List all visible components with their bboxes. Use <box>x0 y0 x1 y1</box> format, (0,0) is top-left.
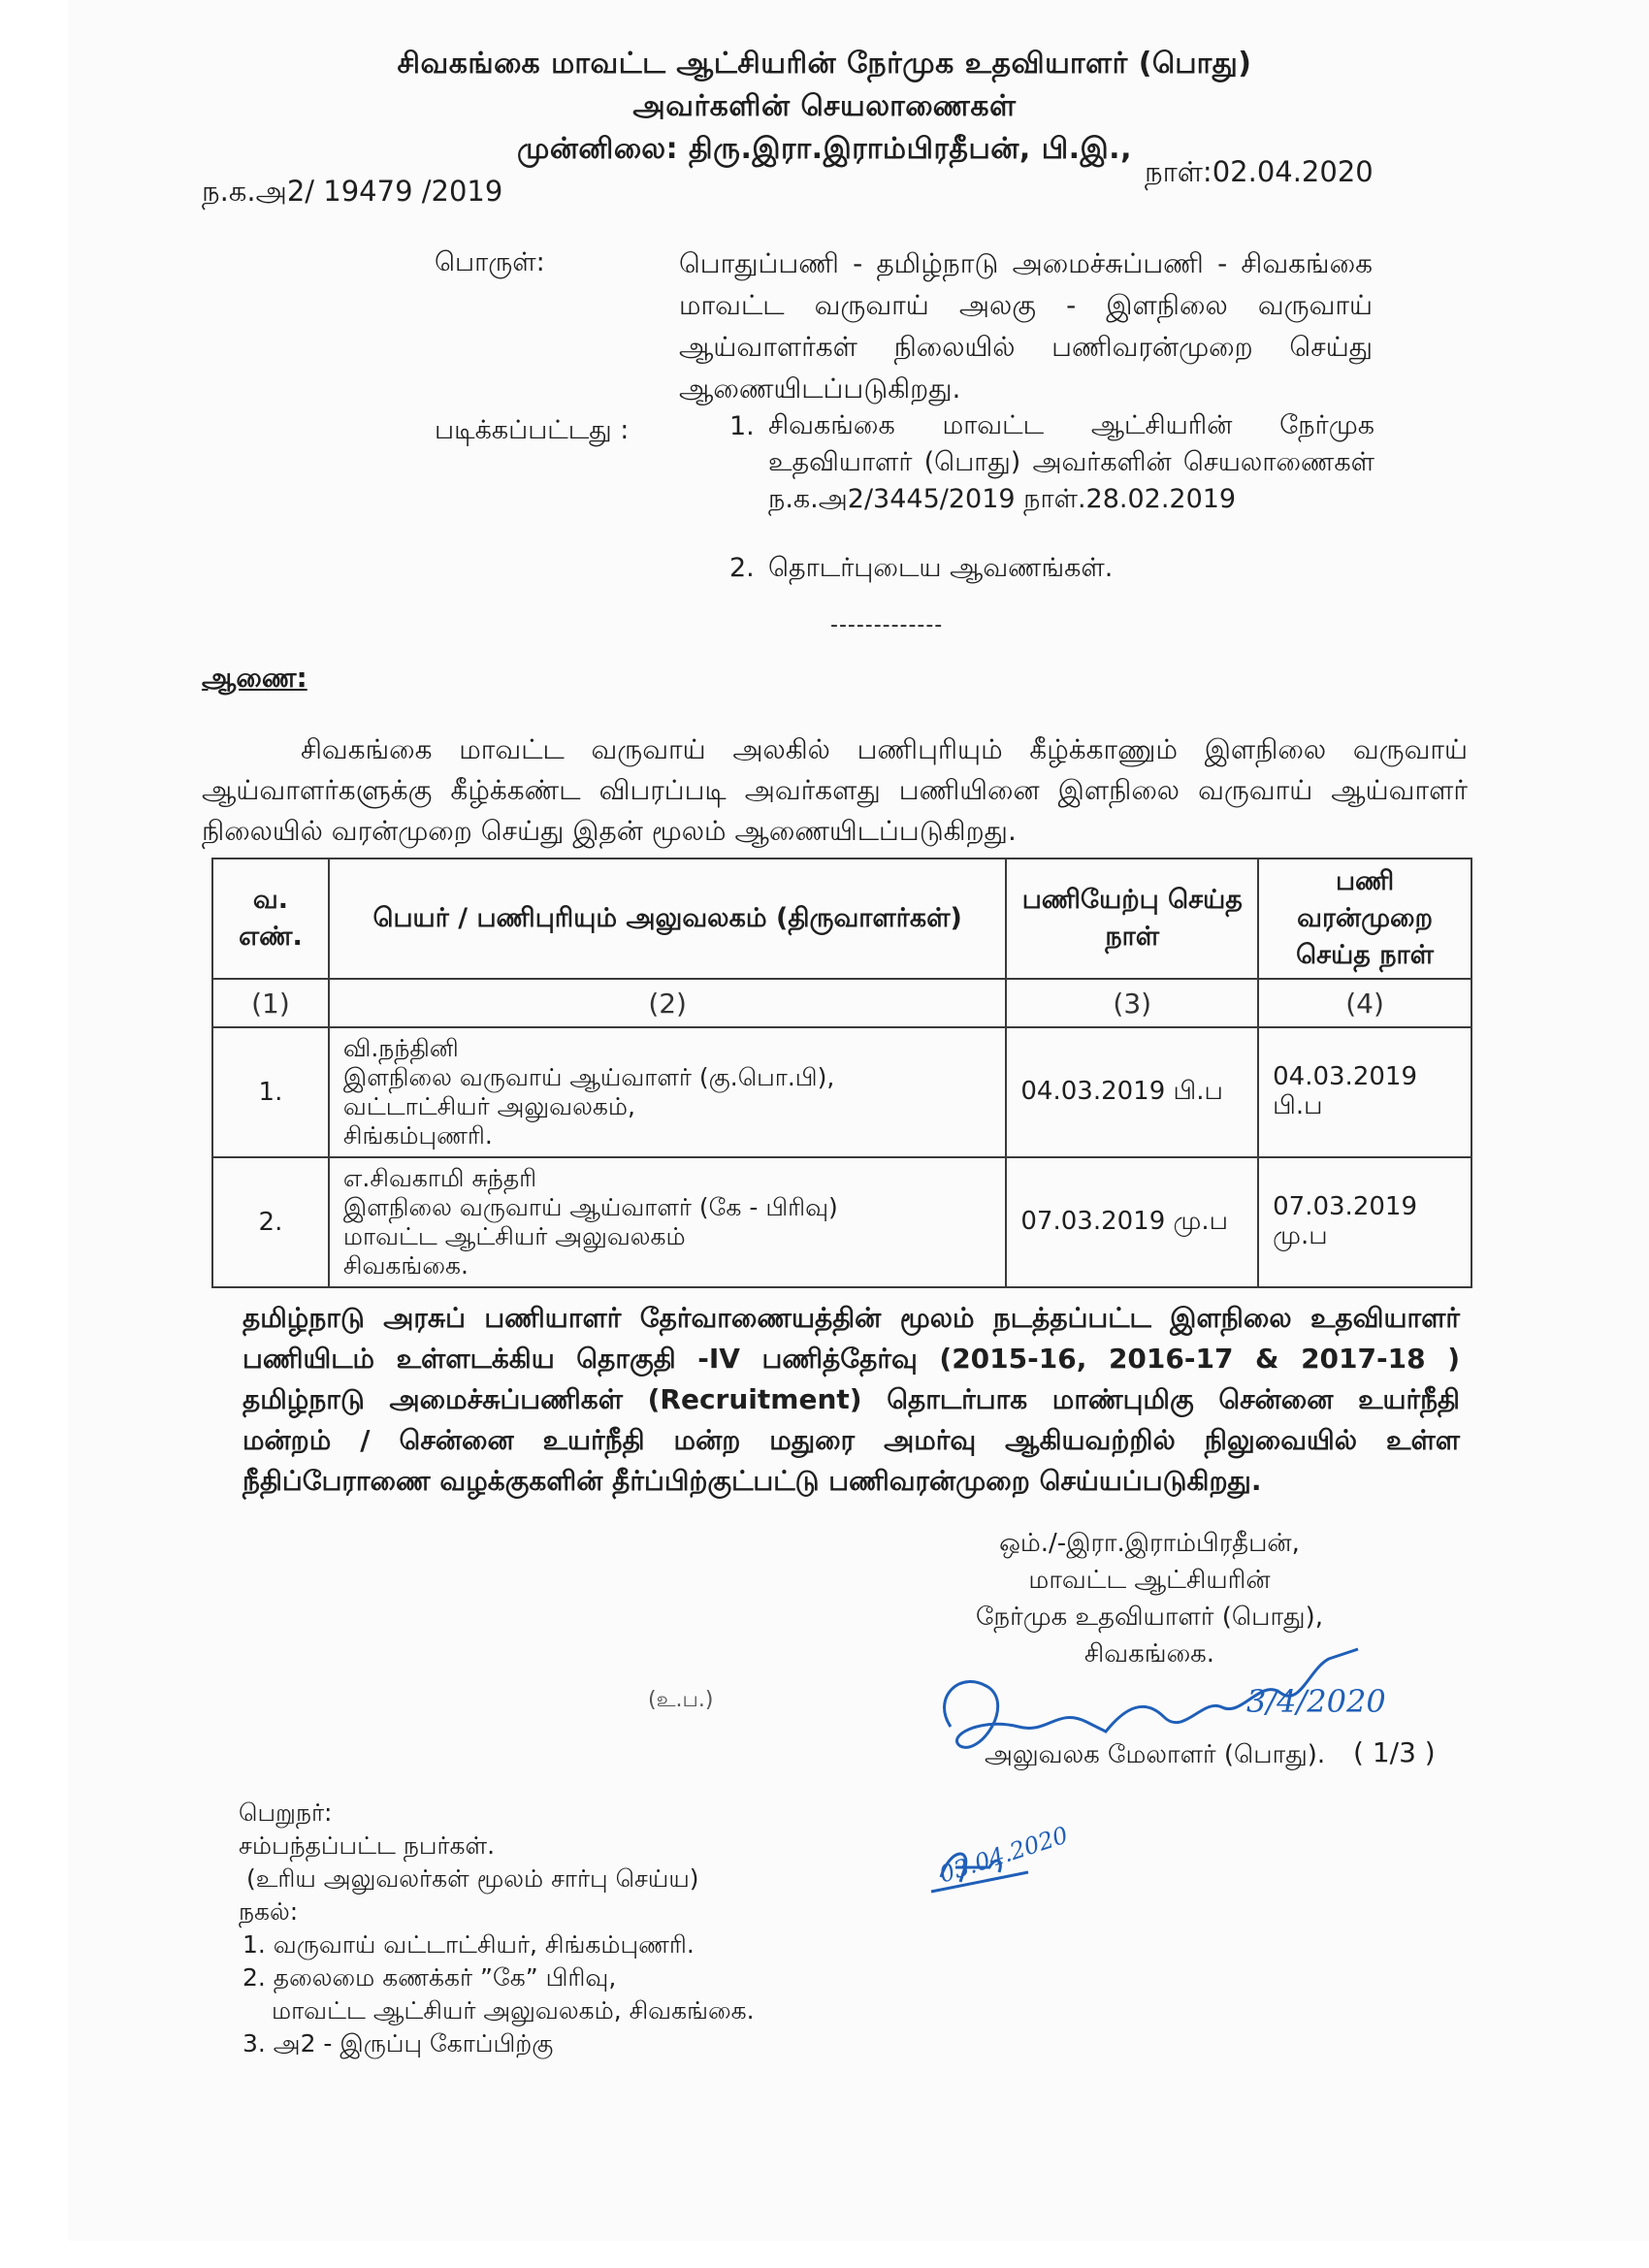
joining-date: 04.03.2019 பி.ப <box>1006 1027 1258 1157</box>
row-name-office: எ.சிவகாமி சுந்தரி இளநிலை வருவாய் ஆய்வாளர… <box>329 1157 1006 1287</box>
table-row: 2. எ.சிவகாமி சுந்தரி இளநிலை வருவாய் ஆய்வ… <box>212 1157 1471 1287</box>
column-index-4: (4) <box>1258 979 1471 1027</box>
regularisation-table: வ. எண். பெயர் / பணிபுரியும் அலுவலகம் (தி… <box>211 858 1472 1288</box>
manager-line: அலுவலக மேலாளர் (பொது). <box>985 1740 1325 1772</box>
row-serial: 1. <box>212 1027 329 1157</box>
regularisation-date: 04.03.2019 பி.ப <box>1258 1027 1471 1157</box>
closing-paragraph: தமிழ்நாடு அரசுப் பணியாளர் தேர்வாணையத்தின… <box>242 1298 1460 1502</box>
signatory-name: ஒம்./-இரா.இராம்பிரதீபன், <box>931 1525 1368 1562</box>
employee-name: வி.நந்தினி <box>343 1034 991 1063</box>
employee-place: சிங்கம்புணரி. <box>343 1121 991 1150</box>
header-line-1: சிவகங்கை மாவட்ட ஆட்சியரின் நேர்முக உதவிய… <box>0 47 1649 84</box>
joining-date: 07.03.2019 மு.ப <box>1006 1157 1258 1287</box>
reference-item-1-text: சிவகங்கை மாவட்ட ஆட்சியரின் நேர்முக உதவிய… <box>768 407 1374 518</box>
employee-designation: இளநிலை வருவாய் ஆய்வாளர் (கு.பொ.பி), <box>343 1063 991 1092</box>
copy-item-1: 1. வருவாய் வட்டாட்சியர், சிங்கம்புணரி. <box>242 1928 695 1961</box>
references-label: படிக்கப்பட்டது : <box>435 415 629 449</box>
employee-designation: இளநிலை வருவாய் ஆய்வாளர் (கே - பிரிவு) <box>343 1193 991 1222</box>
subject-text: பொதுப்பணி - தமிழ்நாடு அமைச்சுப்பணி - சிவ… <box>679 243 1373 409</box>
header-serial-no: வ. எண். <box>212 859 329 979</box>
order-date: நாள்:02.04.2020 <box>1145 155 1374 192</box>
header-name-office: பெயர் / பணிபுரியும் அலுவலகம் (திருவாளர்க… <box>329 859 1006 979</box>
order-paragraph: சிவகங்கை மாவட்ட வருவாய் அலகில் பணிபுரியு… <box>202 729 1468 852</box>
row-serial: 2. <box>212 1157 329 1287</box>
regularisation-date: 07.03.2019 மு.ப <box>1258 1157 1471 1287</box>
subject-label: பொருள்: <box>435 247 545 281</box>
table-index-row: (1) (2) (3) (4) <box>212 979 1471 1027</box>
copy-item-2: 2. தலைமை கணக்கர் ”கே” பிரிவு, <box>242 1961 616 1994</box>
page-mark: ( 1/3 ) <box>1353 1736 1436 1768</box>
header-joining-date: பணியேற்பு செய்த நாள் <box>1006 859 1258 979</box>
table-row: 1. வி.நந்தினி இளநிலை வருவாய் ஆய்வாளர் (க… <box>212 1027 1471 1157</box>
recipients-line-2: (உரிய அலுவலர்கள் மூலம் சார்பு செய்ய) <box>246 1863 699 1895</box>
employee-name: எ.சிவகாமி சுந்தரி <box>343 1164 991 1193</box>
signature-date: 3/4/2020 <box>1246 1683 1386 1720</box>
column-index-1: (1) <box>212 979 329 1027</box>
reference-number: ந.க.அ2/ 19479 /2019 <box>202 175 502 211</box>
recipients-label: பெறுநர்: <box>239 1797 332 1830</box>
header-line-2: அவர்களின் செயலாணைகள் <box>0 89 1649 127</box>
header-line-3: முன்னிலை: திரு.இரா.இராம்பிரதீபன், பி.இ., <box>0 132 1649 170</box>
column-index-3: (3) <box>1006 979 1258 1027</box>
employee-office: வட்டாட்சியர் அலுவலகம், <box>343 1092 991 1121</box>
copy-item-2-cont: மாவட்ட ஆட்சியர் அலுவலகம், சிவகங்கை. <box>272 1994 755 2027</box>
signatory-designation: நேர்முக உதவியாளர் (பொது), <box>931 1599 1368 1636</box>
reference-item-2-text: தொடர்புடைய ஆவணங்கள். <box>768 553 1113 587</box>
reference-item-1-number: 1. <box>729 411 755 441</box>
separator-line: ------------- <box>830 613 943 637</box>
employee-office: மாவட்ட ஆட்சியர் அலுவலகம் <box>343 1222 991 1251</box>
reference-item-2-number: 2. <box>729 553 755 583</box>
recipients-line-1: சம்பந்தப்பட்ட நபர்கள். <box>239 1830 495 1863</box>
continued-mark: (உ.ப.) <box>648 1688 713 1715</box>
header-regularisation-date: பணி வரன்முறை செய்த நாள் <box>1258 859 1471 979</box>
row-name-office: வி.நந்தினி இளநிலை வருவாய் ஆய்வாளர் (கு.ப… <box>329 1027 1006 1157</box>
column-index-2: (2) <box>329 979 1006 1027</box>
order-heading: ஆணை: <box>202 662 307 697</box>
copy-item-3: 3. அ2 - இருப்பு கோப்பிற்கு <box>242 2027 553 2060</box>
copy-label: நகல்: <box>239 1895 298 1928</box>
signatory-title: மாவட்ட ஆட்சியரின் <box>931 1562 1368 1599</box>
employee-place: சிவகங்கை. <box>343 1251 991 1280</box>
table-header-row: வ. எண். பெயர் / பணிபுரியும் அலுவலகம் (தி… <box>212 859 1471 979</box>
